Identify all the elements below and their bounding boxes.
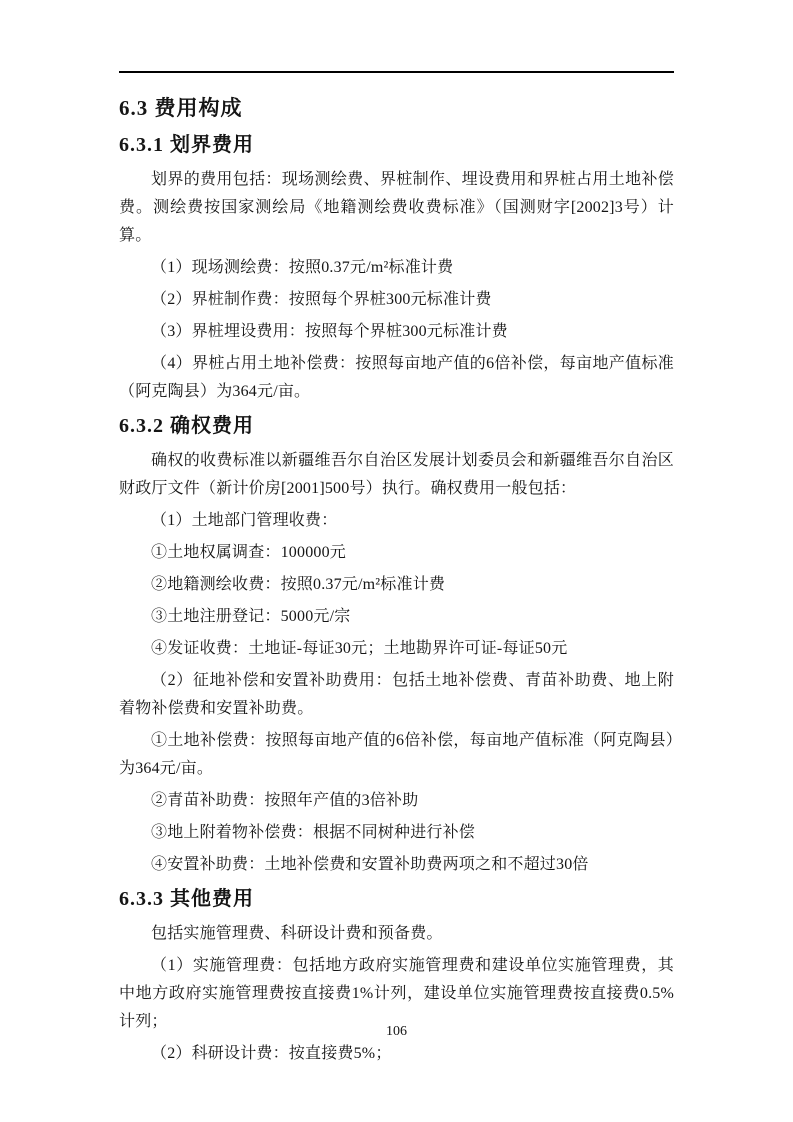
circled-item: ②地籍测绘收费：按照0.37元/m²标准计费	[119, 571, 674, 599]
document-page: 6.3 费用构成 6.3.1 划界费用 划界的费用包括：现场测绘费、界桩制作、埋…	[0, 0, 793, 1122]
numbered-item: （2）科研设计费：按直接费5%；	[119, 1040, 674, 1068]
circled-item: ③土地注册登记：5000元/宗	[119, 603, 674, 631]
numbered-item: （3）界桩埋设费用：按照每个界桩300元标准计费	[119, 318, 674, 346]
page-number: 106	[0, 1024, 793, 1040]
circled-item: ③地上附着物补偿费：根据不同树种进行补偿	[119, 819, 674, 847]
subsection-title-confirmation-fee: 6.3.2 确权费用	[119, 410, 674, 442]
numbered-item: （2）征地补偿和安置补助费用：包括土地补偿费、青苗补助费、地上附着物补偿费和安置…	[119, 667, 674, 723]
header-rule	[119, 71, 674, 73]
circled-item: ①土地权属调查：100000元	[119, 539, 674, 567]
body-paragraph: 包括实施管理费、科研设计费和预备费。	[119, 920, 674, 948]
numbered-item: （2）界桩制作费：按照每个界桩300元标准计费	[119, 286, 674, 314]
circled-item: ①土地补偿费：按照每亩地产值的6倍补偿，每亩地产值标准（阿克陶县）为364元/亩…	[119, 727, 674, 783]
subsection-title-other-fee: 6.3.3 其他费用	[119, 883, 674, 915]
circled-item: ④安置补助费：土地补偿费和安置补助费两项之和不超过30倍	[119, 851, 674, 879]
numbered-item: （4）界桩占用土地补偿费：按照每亩地产值的6倍补偿，每亩地产值标准（阿克陶县）为…	[119, 350, 674, 406]
circled-item: ②青苗补助费：按照年产值的3倍补助	[119, 787, 674, 815]
section-title-fee-composition: 6.3 费用构成	[119, 92, 674, 124]
numbered-item: （1）土地部门管理收费：	[119, 507, 674, 535]
subsection-title-demarcation-fee: 6.3.1 划界费用	[119, 129, 674, 161]
body-paragraph: 确权的收费标准以新疆维吾尔自治区发展计划委员会和新疆维吾尔自治区财政厅文件（新计…	[119, 447, 674, 503]
circled-item: ④发证收费：土地证-每证30元；土地勘界许可证-每证50元	[119, 635, 674, 663]
body-paragraph: 划界的费用包括：现场测绘费、界桩制作、埋设费用和界桩占用土地补偿费。测绘费按国家…	[119, 166, 674, 250]
numbered-item: （1）现场测绘费：按照0.37元/m²标准计费	[119, 254, 674, 282]
